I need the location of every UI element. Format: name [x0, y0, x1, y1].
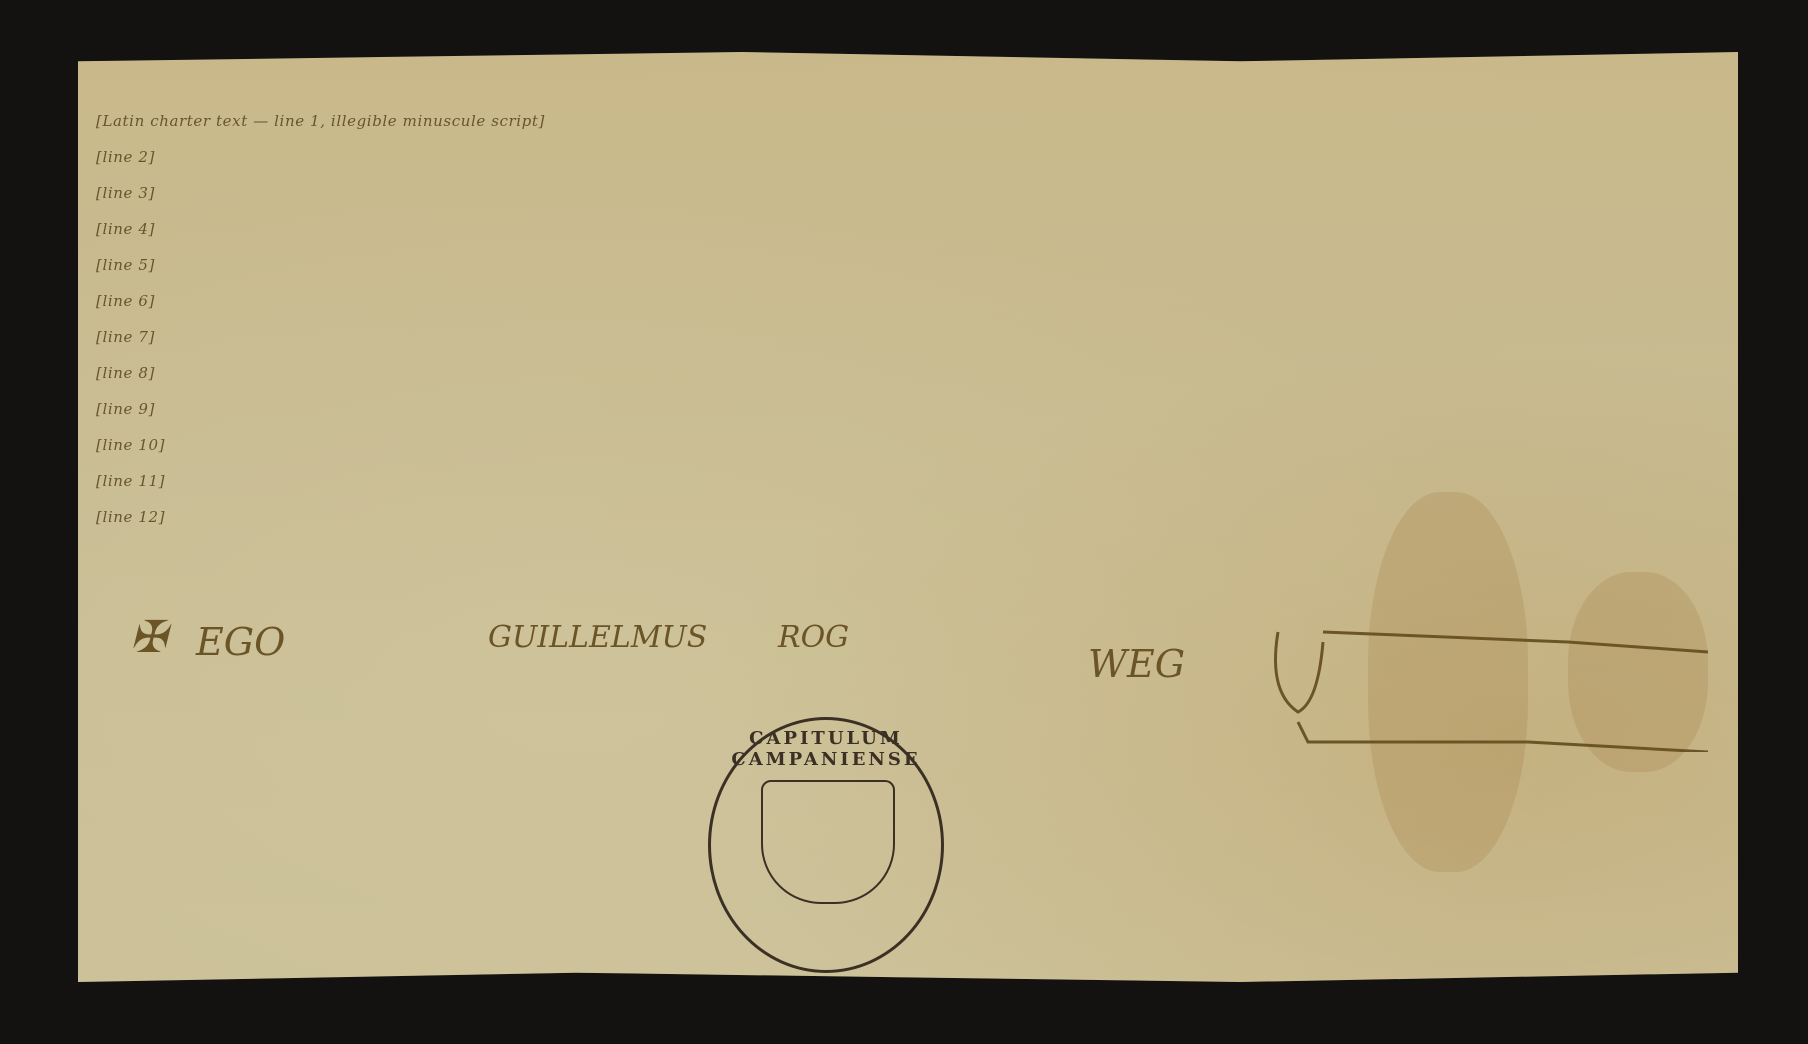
- text-line: [line 2]: [96, 148, 1718, 178]
- text-line: [line 4]: [96, 220, 1718, 250]
- text-line: [line 6]: [96, 292, 1718, 322]
- monogram-flourish: [1268, 612, 1718, 752]
- text-line: [line 10]: [96, 436, 1718, 466]
- signature-guillelmus: GUILLELMUS: [488, 620, 707, 655]
- text-line: [line 5]: [96, 256, 1718, 286]
- text-line: [Latin charter text — line 1, illegible …: [96, 112, 1718, 142]
- text-line: [line 7]: [96, 328, 1718, 358]
- cross-icon: ✠: [130, 612, 167, 663]
- signature-ego: EGO: [196, 620, 285, 664]
- signature-weg: WEG: [1088, 642, 1185, 686]
- coat-of-arms-icon: [761, 780, 895, 904]
- signature-rog: ROG: [778, 620, 849, 655]
- seal-inscription: CAPITULUM CAMPANIENSE: [711, 728, 941, 770]
- parchment-charter: [Latin charter text — line 1, illegible …: [78, 52, 1738, 982]
- text-line: [line 9]: [96, 400, 1718, 430]
- text-line: [line 12]: [96, 508, 1718, 538]
- seal-stamp: CAPITULUM CAMPANIENSE: [708, 717, 944, 973]
- text-line: [line 8]: [96, 364, 1718, 394]
- text-line: [line 3]: [96, 184, 1718, 214]
- text-line: [line 11]: [96, 472, 1718, 502]
